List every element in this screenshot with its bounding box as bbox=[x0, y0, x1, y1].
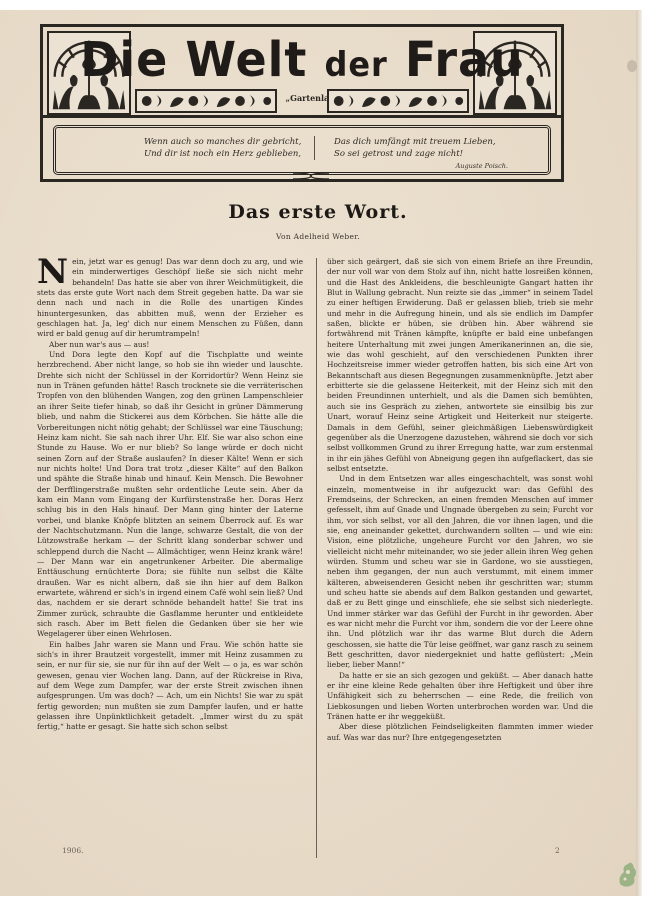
paper-stain bbox=[627, 60, 637, 72]
page-edge bbox=[636, 10, 642, 896]
masthead-rule bbox=[43, 115, 561, 118]
paragraph: Nein, jetzt war es genug! Das war denn d… bbox=[37, 257, 303, 340]
twist-ornament-icon bbox=[293, 170, 329, 182]
paragraph: Da hatte er sie an sich gezogen und gekü… bbox=[327, 671, 593, 723]
article-column-right: über sich geärgert, daß sie sich von ein… bbox=[327, 257, 593, 743]
motto-author: Auguste Poisch. bbox=[456, 162, 508, 170]
article-byline: Von Adelheid Weber. bbox=[0, 232, 636, 241]
drop-cap: N bbox=[37, 258, 68, 286]
article-title: Das erste Wort. bbox=[0, 201, 636, 223]
paragraph: Und in dem Entsetzen war alles eingescha… bbox=[327, 474, 593, 671]
title-der: der bbox=[324, 44, 387, 84]
motto-line: So sei getrost und zage nicht! bbox=[334, 148, 496, 160]
motto-line: Und dir ist noch ein Herz geblieben, bbox=[144, 148, 301, 160]
motto-line: Wenn auch so manches dir gebricht, bbox=[144, 136, 301, 148]
article-column-left: Nein, jetzt war es genug! Das war denn d… bbox=[37, 257, 303, 733]
vine-band-icon bbox=[327, 89, 469, 113]
masthead-title: Die Welt der Frau bbox=[137, 31, 467, 87]
page-number: 2 bbox=[555, 846, 560, 855]
footer-year: 1906. bbox=[62, 846, 83, 855]
paragraph: über sich geärgert, daß sie sich von ein… bbox=[327, 257, 593, 474]
motto-line: Das dich umfängt mit treuem Lieben, bbox=[334, 136, 496, 148]
column-divider bbox=[316, 258, 317, 858]
motto-divider bbox=[314, 136, 315, 160]
paragraph: Aber diese plötzlichen Feindseligkeiten … bbox=[327, 722, 593, 743]
motto-box: Wenn auch so manches dir gebricht, Und d… bbox=[53, 125, 551, 175]
title-end: Frau bbox=[405, 31, 524, 88]
library-stamp-icon bbox=[616, 858, 638, 888]
motto-left: Wenn auch so manches dir gebricht, Und d… bbox=[144, 136, 301, 160]
paragraph: Und Dora legte den Kopf auf die Tischpla… bbox=[37, 350, 303, 640]
vine-band-icon bbox=[135, 89, 277, 113]
motto-right: Das dich umfängt mit treuem Lieben, So s… bbox=[334, 136, 496, 160]
paragraph: Ein halbes Jahr waren sie Mann und Frau.… bbox=[37, 640, 303, 733]
paragraph: Aber nun war's aus — aus! bbox=[37, 340, 303, 350]
masthead: Die Welt der Frau „Gartenlaube“, Nr. 2, … bbox=[40, 24, 564, 182]
title-main: Die Welt bbox=[80, 31, 307, 88]
